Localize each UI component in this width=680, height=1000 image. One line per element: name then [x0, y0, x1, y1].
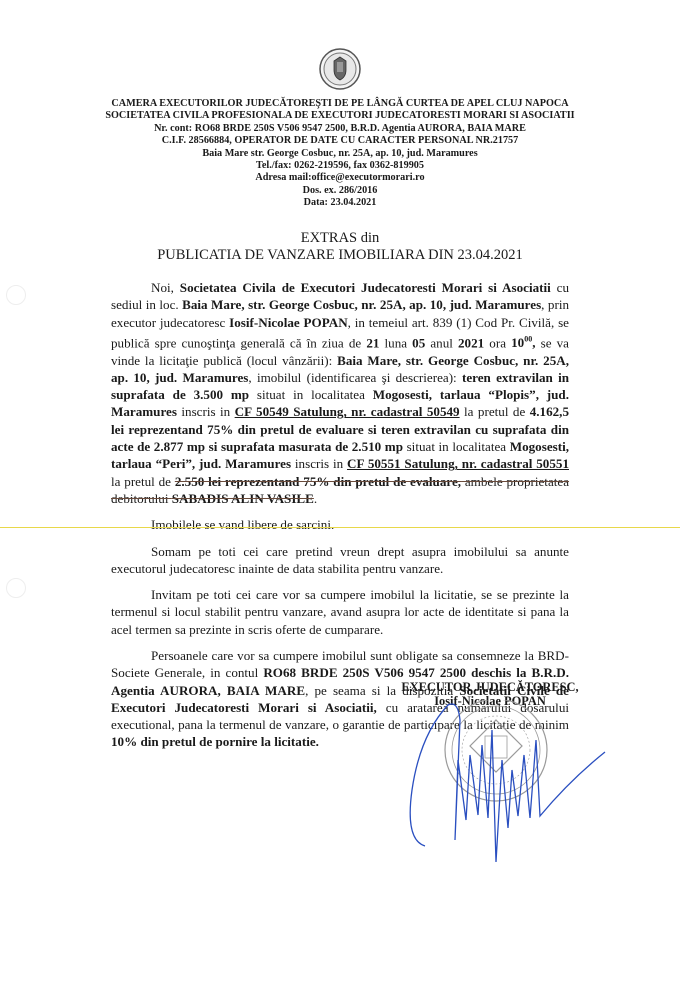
executor-stamp-icon	[445, 700, 547, 801]
stamp-and-signature-icon	[380, 700, 640, 900]
paragraph-summons: Somam pe toti cei care pretind vreun dre…	[111, 543, 569, 578]
coat-of-arms-seal-icon	[318, 47, 362, 91]
handwritten-signature-icon	[410, 704, 605, 862]
document-date: Data: 23.04.2021	[80, 197, 600, 209]
title-line-1: EXTRAS din	[80, 230, 600, 247]
cif-line: C.I.F. 28566884, OPERATOR DE DATE CU CAR…	[80, 135, 600, 147]
scan-highlight-line	[0, 527, 680, 528]
address-line: Baia Mare str. George Cosbuc, nr. 25A, a…	[80, 148, 600, 160]
binder-hole-bottom	[6, 578, 26, 598]
paragraph-no-encumbrances: Imobilele se vand libere de sarcini.	[111, 516, 569, 533]
chamber-line: CAMERA EXECUTORILOR JUDECĂTOREŞTI DE PE …	[80, 98, 600, 110]
bank-account-line: Nr. cont: RO68 BRDE 250S V506 9547 2500,…	[80, 123, 600, 135]
paragraph-invitation: Invitam pe toti cei care vor sa cumpere …	[111, 586, 569, 638]
letterhead: CAMERA EXECUTORILOR JUDECĂTOREŞTI DE PE …	[80, 98, 600, 210]
email-line: Adresa mail:office@executormorari.ro	[80, 172, 600, 184]
company-line: SOCIETATEA CIVILA PROFESIONALA DE EXECUT…	[80, 110, 600, 122]
cf-50549-reference: CF 50549 Satulung, nr. cadastral 50549	[235, 404, 460, 419]
paragraph-announcement: Noi, Societatea Civila de Executori Jude…	[111, 279, 569, 507]
binder-hole-top	[6, 285, 26, 305]
signer-title: EXECUTOR JUDECĂTORESC,	[380, 680, 600, 694]
document-title: EXTRAS din PUBLICATIA DE VANZARE IMOBILI…	[80, 230, 600, 264]
title-line-2: PUBLICATIA DE VANZARE IMOBILIARA DIN 23.…	[80, 247, 600, 264]
file-number: Dos. ex. 286/2016	[80, 185, 600, 197]
cf-50551-reference: CF 50551 Satulung, nr. cadastral 50551	[347, 456, 569, 471]
phone-line: Tel./fax: 0262-219596, fax 0362-819905	[80, 160, 600, 172]
document-page: CAMERA EXECUTORILOR JUDECĂTOREŞTI DE PE …	[0, 0, 680, 1000]
